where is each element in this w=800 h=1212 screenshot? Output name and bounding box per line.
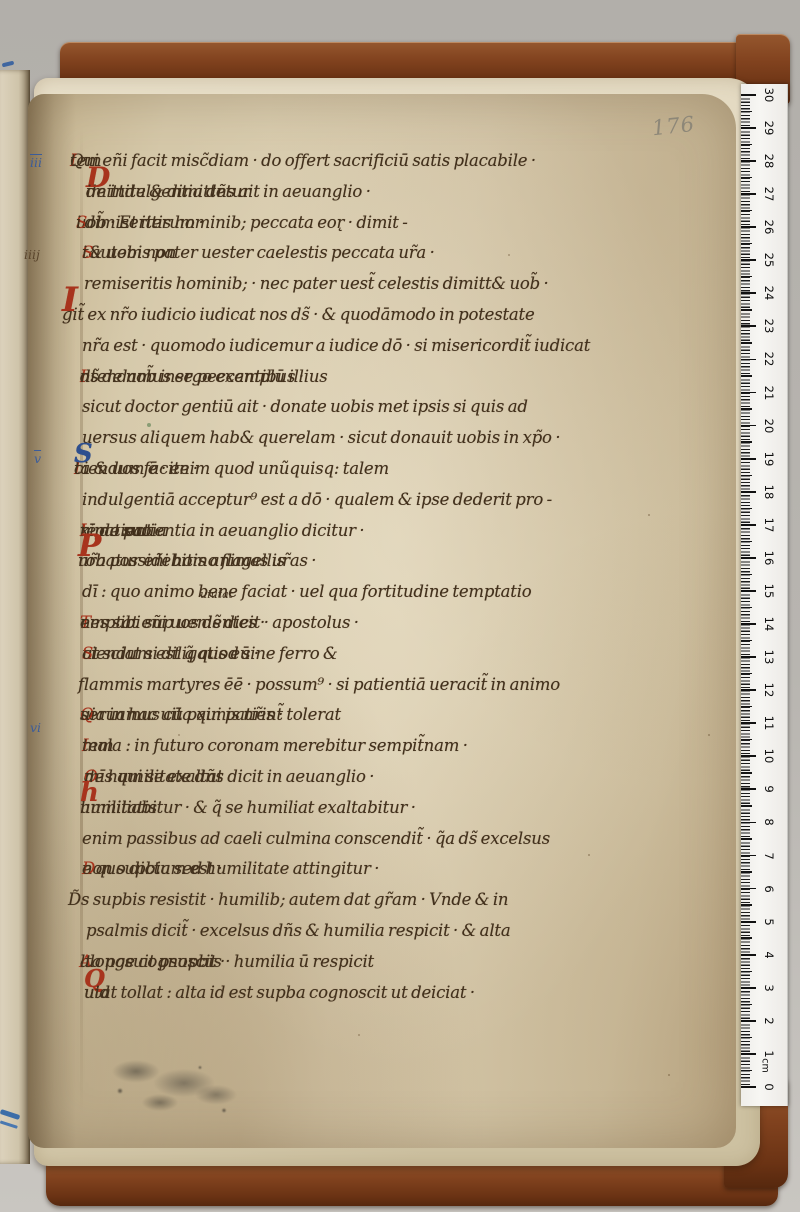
text-line: alonge cognoscit · Alta posuit psupbis ·…: [80, 947, 650, 978]
text-line: mala : in futuro coronam merebitur sempi…: [82, 731, 650, 762]
text-segment: ciendum ē · enim quod unũquisq: talem: [74, 454, 389, 485]
text-line: ximo suo · Itē de patientia in aeuanglio…: [80, 516, 650, 547]
ruler-half-cm-tick: [741, 640, 752, 641]
text-segment: lta posuit psupbis · humilia ū respicit: [80, 947, 374, 978]
ruler-cm-tick: [741, 491, 756, 493]
ruler-cm-tick: [741, 921, 756, 923]
ruler-half-cm-tick: [741, 805, 752, 806]
ruler-half-cm-tick: [741, 177, 752, 178]
ruler-cm-tick: [741, 722, 756, 724]
ruler-number: 20: [762, 415, 776, 437]
ruler-number: 22: [762, 348, 776, 370]
ruler-half-cm-tick: [741, 441, 752, 442]
text-segment: D̃s supbis resistit · humilib; autem dat…: [68, 885, 508, 916]
ruler-cm-tick: [741, 755, 756, 757]
ruler-cm-tick: [741, 822, 756, 824]
text-segment: emptat eñi uos ds̃ dicit · apostolus ·: [80, 608, 359, 639]
text-segment: Qui eñi facit misc̃diam · do offert sacr…: [70, 146, 536, 177]
text-segment: robatur eñi homo flagellis: [78, 546, 285, 577]
ruler-cm-tick: [741, 954, 756, 956]
ruler-cm-tick: [741, 160, 756, 162]
ruler-half-cm-tick: [741, 706, 752, 707]
text-segment: sicut doctor gentiū ait · donate uobis m…: [82, 392, 528, 423]
ruler-half-cm-tick: [741, 739, 752, 740]
text-segment: utat tollat : alta id est supba cognosci…: [84, 978, 475, 1009]
ruler-number: 16: [762, 547, 776, 569]
ruler-number: 8: [762, 811, 776, 833]
ruler-ticks: 0123456789101112131415161718192021222324…: [741, 84, 788, 1106]
ruler-half-cm-tick: [741, 838, 752, 839]
ruler-cm-tick: [741, 226, 756, 228]
text-line: remiseritis hominib; · nec pater uest̃ c…: [84, 269, 650, 300]
text-segment: flammis martyres ēē · possum⁹ · si patie…: [78, 670, 560, 701]
ruler-number: 7: [762, 845, 776, 867]
ruler-cm-tick: [741, 788, 756, 790]
ruler-number: 3: [762, 977, 776, 999]
ruler-cm-tick: [741, 359, 756, 361]
text-line: Qui eñi facit misc̃diam · do offert sacr…: [70, 146, 650, 177]
text-segment: psalmis dicit̃ · excelsus dñs & humilia …: [86, 916, 510, 947]
book-cover-bottom-edge: [46, 1160, 778, 1206]
ruler-cm-tick: [741, 689, 756, 691]
ruler-half-cm-tick: [741, 607, 752, 608]
text-segment: umilitatis: [80, 793, 157, 824]
ruler-cm-tick: [741, 94, 756, 96]
text-line: de indulgentia dñs ait in aeuanglio · Di…: [86, 177, 650, 208]
text-line: humiliabitur · & q̃ se humiliat exaltabi…: [80, 793, 650, 824]
ruler-number: 26: [762, 216, 776, 238]
text-line: flammis martyres ēē · possum⁹ · si patie…: [78, 670, 650, 701]
text-line: utat tollat : alta id est supba cognosci…: [84, 978, 650, 1009]
ruler-cm-tick: [741, 524, 756, 526]
text-line: non supbia sed humilitate attingitur · D…: [82, 854, 650, 885]
ruler-half-cm-tick: [741, 375, 752, 376]
text-segment: ciendum est q̃ quod sine ferro &: [82, 639, 338, 670]
ruler-cm-tick: [741, 458, 756, 460]
text-segment: mīs qui se exaltat: [84, 762, 223, 793]
text-segment: tem: [82, 731, 113, 762]
ruler-half-cm-tick: [741, 408, 752, 409]
text-segment: enim passibus ad caeli culmina conscendi…: [82, 824, 550, 855]
margin-numeral: v: [34, 451, 41, 466]
folio-number: 176: [651, 112, 696, 140]
ruler-cm-tick: [741, 127, 756, 129]
text-line: de humilitate dñs dicit in aeuanglio · O…: [84, 762, 650, 793]
text-segment: uersus aliquem hab& querelam · sicut don…: [82, 423, 560, 454]
text-line: dī : quo animo bene faciat · uel qua for…: [82, 577, 650, 608]
ink-smudge: [88, 1048, 248, 1126]
text-line: sicut doctor gentiū ait · donate uobis m…: [82, 392, 650, 423]
ruler-half-cm-tick: [741, 673, 752, 674]
ruler-half-cm-tick: [741, 342, 752, 343]
ruler-cm-tick: [741, 590, 756, 592]
ruler-half-cm-tick: [741, 210, 752, 211]
blue-stitch-mark: [2, 61, 15, 68]
ruler-half-cm-tick: [741, 276, 752, 277]
ruler-half-cm-tick: [741, 111, 752, 112]
ruler-number: 9: [762, 778, 776, 800]
text-line: Ita & uos facite · Sciendum ē · enim quo…: [74, 454, 650, 485]
text-line: indulgentiā acceptur⁹ est a dō · qualem …: [82, 485, 650, 516]
ruler-number: 21: [762, 382, 776, 404]
ruler-number: 24: [762, 282, 776, 304]
text-line: enim passibus ad caeli culmina conscendi…: [82, 824, 650, 855]
ruler-half-cm-tick: [741, 508, 752, 509]
ruler-number: 27: [762, 183, 776, 205]
text-line: psalmis dicit̃ · excelsus dñs & humilia …: [86, 916, 650, 947]
manuscript-photo: 176 Qui eñi facit misc̃diam · do offert …: [0, 0, 800, 1212]
text-segment: dī : quo animo bene faciat · uel qua for…: [82, 577, 532, 608]
ruler-number: 11: [762, 712, 776, 734]
text-segment: i autem non: [82, 238, 176, 269]
ruler-cm-tick: [741, 987, 756, 989]
ruler-number: 17: [762, 514, 776, 536]
text-segment: ntendamus ergo exemplū illius: [80, 362, 328, 393]
ruler-half-cm-tick: [741, 772, 752, 773]
ruler-half-cm-tick: [741, 1070, 752, 1071]
text-line: ds̃ de nob̃ inse peccantibus · Intendamu…: [80, 362, 650, 393]
margin-numeral: vi: [30, 720, 41, 735]
ruler-number: 6: [762, 878, 776, 900]
ruler-cm-tick: [741, 259, 756, 261]
text-line: uersus aliquem hab& querelam · sicut don…: [82, 423, 650, 454]
ruler-cm-tick: [741, 855, 756, 857]
ruler-number: 18: [762, 481, 776, 503]
ruler-cm-tick: [741, 623, 756, 625]
ruler-cm-tick: [741, 292, 756, 294]
text-line: uob̃ · Et iterum · Si dimiseritis homini…: [76, 208, 650, 239]
text-segment: e quo dictum est ·: [82, 854, 222, 885]
text-segment: mala : in futuro coronam merebitur sempi…: [82, 731, 468, 762]
ruler: 0123456789101112131415161718192021222324…: [741, 84, 788, 1106]
ruler-half-cm-tick: [741, 1004, 752, 1005]
ruler-half-cm-tick: [741, 475, 752, 476]
ruler-cm-tick: [741, 325, 756, 327]
ruler-number: 29: [762, 117, 776, 139]
ruler-half-cm-tick: [741, 871, 752, 872]
text-line: t& uobis pater uester caelestis peccata …: [82, 238, 650, 269]
ruler-cm-tick: [741, 1086, 756, 1088]
text-block: Qui eñi facit misc̃diam · do offert sacr…: [70, 146, 650, 1008]
text-line: nr̃a est · quomodo iudicemur a iudice dō…: [82, 331, 650, 362]
text-line: nes sibi sup uenientes · Temptat eñi uos…: [80, 608, 650, 639]
ruler-cm-tick: [741, 1053, 756, 1055]
ruler-number: 2: [762, 1010, 776, 1032]
ruler-number: 15: [762, 580, 776, 602]
text-segment: git̃ ex nr̃o iudicio iudicat nos ds̃ · &…: [62, 300, 535, 331]
ruler-number: 19: [762, 448, 776, 470]
ruler-half-cm-tick: [741, 243, 752, 244]
parchment-speckles: [28, 94, 30, 96]
ruler-number: 30: [762, 84, 776, 106]
ruler-cm-tick: [741, 656, 756, 658]
ruler-number: 0: [762, 1076, 776, 1098]
ruler-half-cm-tick: [741, 1037, 752, 1038]
facing-page-edge: [0, 70, 30, 1164]
ruler-cm-tick: [741, 888, 756, 890]
ruler-cm-tick: [741, 557, 756, 559]
ruler-half-cm-tick: [741, 144, 752, 145]
ruler-unit-label: cm: [760, 1056, 771, 1076]
text-line: Igit̃ ex nr̃o iudicio iudicat nos ds̃ · …: [62, 300, 650, 331]
ruler-number: 28: [762, 150, 776, 172]
ruler-number: 25: [762, 249, 776, 271]
text-segment: indulgentiā acceptur⁹ est a dō · qualem …: [82, 485, 552, 516]
text-line: D̃s supbis resistit · humilib; autem dat…: [68, 885, 650, 916]
ruler-cm-tick: [741, 193, 756, 195]
ruler-half-cm-tick: [741, 937, 752, 938]
ruler-cm-tick: [741, 392, 756, 394]
ruler-number: 12: [762, 679, 776, 701]
ruler-half-cm-tick: [741, 971, 752, 972]
text-line: ur̃a possidebitis animas ur̃as · Probatu…: [78, 546, 650, 577]
ruler-half-cm-tick: [741, 541, 752, 542]
ruler-number: 10: [762, 745, 776, 767]
text-segment: imittite & dimittetur: [86, 177, 250, 208]
ruler-number: 4: [762, 944, 776, 966]
margin-numeral: iiij: [24, 247, 40, 262]
text-segment: remiseritis hominib; · nec pater uest̃ c…: [84, 269, 549, 300]
ruler-number: 13: [762, 646, 776, 668]
ruler-number: 5: [762, 911, 776, 933]
text-segment: i dimiseritis hominib; peccata eor̨ · di…: [76, 208, 408, 239]
text-line: seruamus cū pximis nr̃is · Quia in hac u…: [80, 700, 650, 731]
text-segment: uid: [84, 978, 110, 1009]
margin-numeral: iii: [30, 155, 42, 170]
ruler-cm-tick: [741, 425, 756, 427]
ruler-half-cm-tick: [741, 574, 752, 575]
ruler-number: 23: [762, 315, 776, 337]
text-segment: uia in hac uita qui patient̃ tolerat: [80, 700, 341, 731]
text-segment: nr̃a est · quomodo iudicemur a iudice dō…: [82, 331, 590, 362]
ruler-number: 14: [762, 613, 776, 635]
ruler-half-cm-tick: [741, 904, 752, 905]
text-line: ut sciat si diligatis eū · Sciendum est …: [82, 639, 650, 670]
ruler-cm-tick: [741, 1020, 756, 1022]
interlinear-gloss: uiutat: [200, 588, 233, 601]
ruler-half-cm-tick: [741, 309, 752, 310]
